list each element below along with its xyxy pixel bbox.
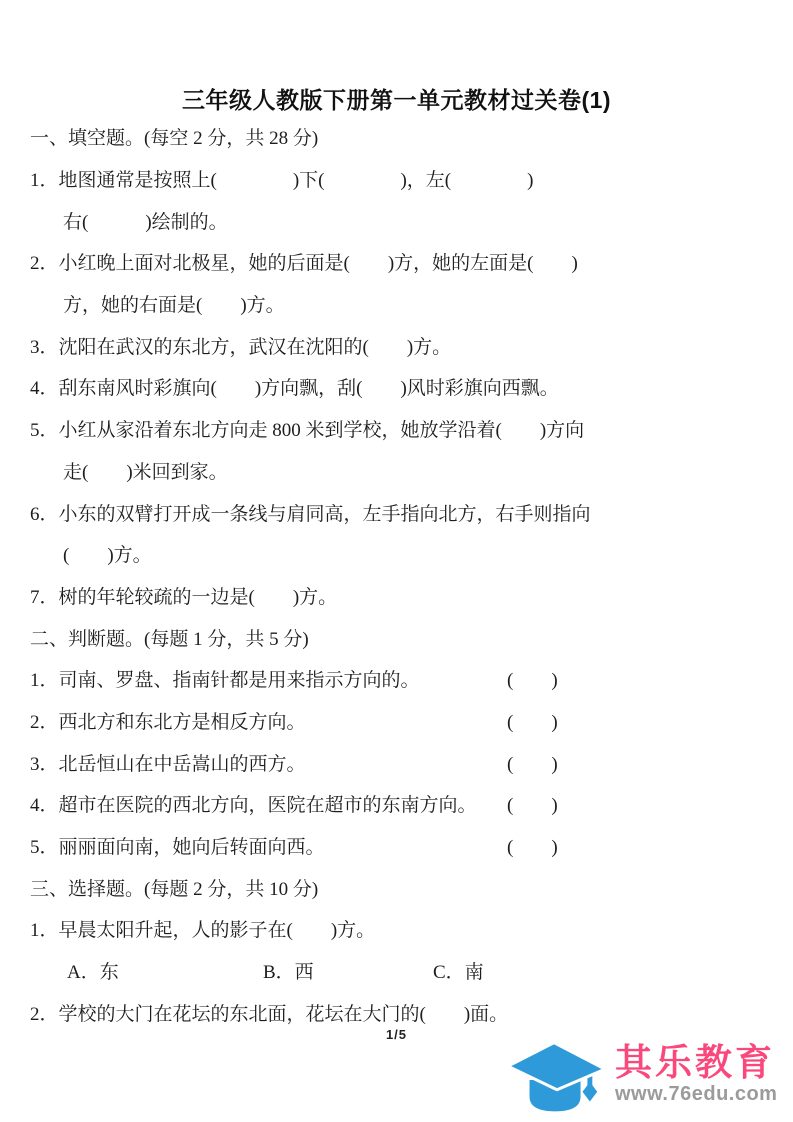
judge-q5-text: 5．丽丽面向南，她向后转面向西。 bbox=[30, 832, 325, 859]
judge-q2: 2．西北方和东北方是相反方向。 ( ) bbox=[0, 700, 793, 742]
section-judge-header: 二、判断题。(每题 1 分，共 5 分) bbox=[0, 616, 793, 658]
judge-q3-text: 3．北岳恒山在中岳嵩山的西方。 bbox=[30, 749, 306, 776]
judge-q3-answer-blank: ( ) bbox=[507, 741, 558, 783]
fill-in-q7: 7．树的年轮较疏的一边是( )方。 bbox=[0, 575, 793, 617]
fill-in-q6-line2: ( )方。 bbox=[0, 533, 793, 575]
judge-q1-text: 1．司南、罗盘、指南针都是用来指示方向的。 bbox=[30, 665, 420, 692]
brand-watermark: 其乐教育 www.76edu.com bbox=[505, 1040, 790, 1114]
exam-body: 一、填空题。(每空 2 分，共 28 分) 1．地图通常是按照上( )下( )，… bbox=[0, 116, 793, 1033]
judge-q4: 4．超市在医院的西北方向，医院在超市的东南方向。 ( ) bbox=[0, 783, 793, 825]
judge-q5: 5．丽丽面向南，她向后转面向西。 ( ) bbox=[0, 825, 793, 867]
brand-website: www.76edu.com bbox=[615, 1083, 777, 1105]
fill-in-q6-line1: 6．小东的双臂打开成一条线与肩同高，左手指向北方，右手则指向 bbox=[0, 491, 793, 533]
brand-name: 其乐教育 bbox=[615, 1042, 777, 1084]
choice-q1-option-a: A．东 bbox=[67, 957, 263, 984]
fill-in-q4: 4．刮东南风时彩旗向( )方向飘，刮( )风时彩旗向西飘。 bbox=[0, 366, 793, 408]
fill-in-q1-line1: 1．地图通常是按照上( )下( )，左( ) bbox=[0, 158, 793, 200]
section-fill-in-header: 一、填空题。(每空 2 分，共 28 分) bbox=[0, 116, 793, 158]
page-title: 三年级人教版下册第一单元教材过关卷(1) bbox=[0, 82, 793, 115]
section-choice-header: 三、选择题。(每题 2 分，共 10 分) bbox=[0, 866, 793, 908]
exam-paper-page: 三年级人教版下册第一单元教材过关卷(1) 一、填空题。(每空 2 分，共 28 … bbox=[0, 0, 793, 1122]
choice-q1-option-c: C．南 bbox=[433, 957, 484, 984]
fill-in-q5-line2: 走( )米回到家。 bbox=[0, 450, 793, 492]
fill-in-q1-line2: 右( )绘制的。 bbox=[0, 199, 793, 241]
choice-q1-options: A．东 B．西 C．南 bbox=[0, 950, 793, 992]
choice-q1: 1．早晨太阳升起，人的影子在( )方。 bbox=[0, 908, 793, 950]
judge-q2-text: 2．西北方和东北方是相反方向。 bbox=[30, 707, 306, 734]
fill-in-q5-line1: 5．小红从家沿着东北方向走 800 米到学校，她放学沿着( )方向 bbox=[0, 408, 793, 450]
fill-in-q3: 3．沈阳在武汉的东北方，武汉在沈阳的( )方。 bbox=[0, 324, 793, 366]
graduation-cap-icon bbox=[505, 1040, 609, 1114]
choice-q1-option-b: B．西 bbox=[263, 957, 433, 984]
brand-text-block: 其乐教育 www.76edu.com bbox=[615, 1040, 777, 1105]
judge-q4-answer-blank: ( ) bbox=[507, 783, 558, 825]
judge-q2-answer-blank: ( ) bbox=[507, 700, 558, 742]
fill-in-q2-line1: 2．小红晚上面对北极星，她的后面是( )方，她的左面是( ) bbox=[0, 241, 793, 283]
judge-q1-answer-blank: ( ) bbox=[507, 658, 558, 700]
judge-q1: 1．司南、罗盘、指南针都是用来指示方向的。 ( ) bbox=[0, 658, 793, 700]
judge-q4-text: 4．超市在医院的西北方向，医院在超市的东南方向。 bbox=[30, 790, 477, 817]
fill-in-q2-line2: 方，她的右面是( )方。 bbox=[0, 283, 793, 325]
judge-q3: 3．北岳恒山在中岳嵩山的西方。 ( ) bbox=[0, 741, 793, 783]
judge-q5-answer-blank: ( ) bbox=[507, 825, 558, 867]
